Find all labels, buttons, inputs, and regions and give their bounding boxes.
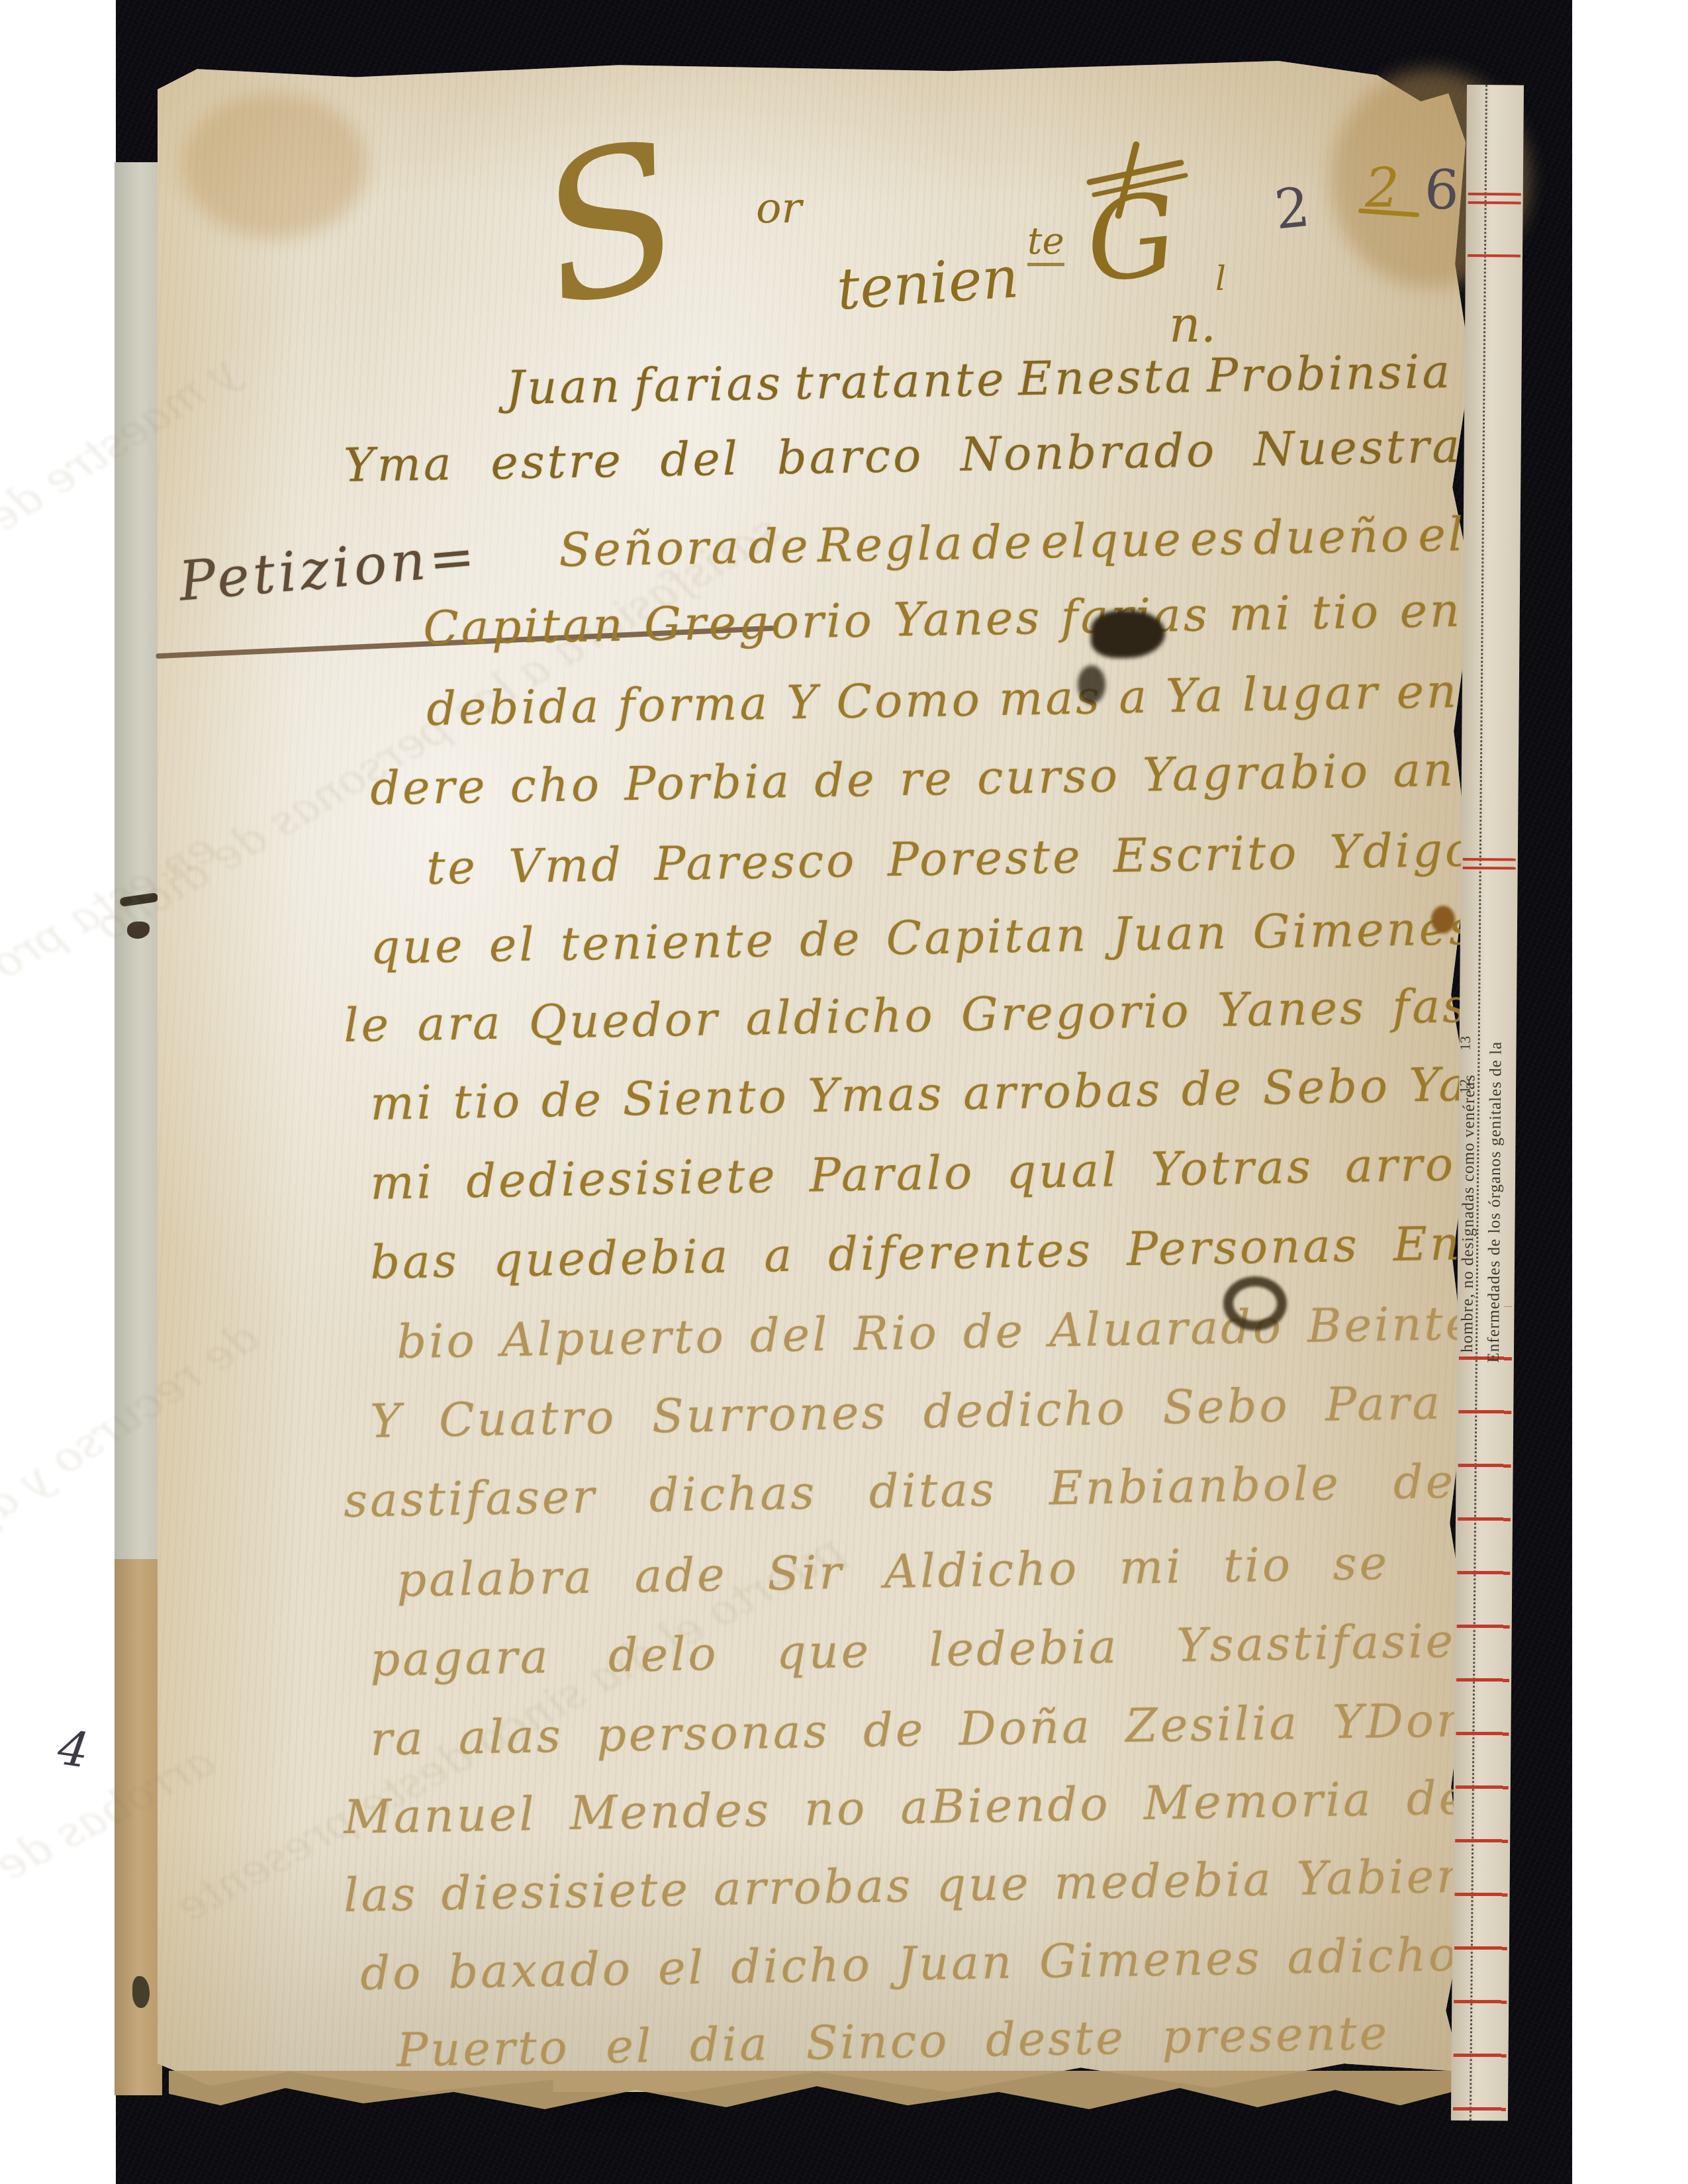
- word: Enesta: [1017, 349, 1196, 406]
- word: En: [1393, 1216, 1463, 1272]
- word: de: [748, 518, 812, 574]
- heading-teniente: tenien: [835, 244, 1021, 323]
- word: bas: [370, 1234, 460, 1290]
- word: Beinte: [1307, 1296, 1476, 1353]
- word: debida: [426, 679, 602, 736]
- word: ade: [634, 1547, 727, 1603]
- word: Yanes: [1217, 980, 1366, 1037]
- word: tio: [453, 1074, 523, 1129]
- folio-number-graphite: 6: [1423, 158, 1461, 223]
- word: aBiendo: [900, 1777, 1111, 1835]
- word: Ysastifasie: [1176, 1613, 1456, 1672]
- word: Alpuerto: [500, 1309, 726, 1367]
- red-rule: [1468, 201, 1521, 205]
- word: Paresco: [654, 833, 857, 891]
- heading-teniente-superscript: te: [1027, 220, 1064, 266]
- word: Ydigo: [1329, 822, 1476, 879]
- folio-number-graphite: 2: [1272, 176, 1313, 242]
- word: ara: [417, 996, 503, 1051]
- word: mi: [1229, 586, 1293, 641]
- word: Vmd: [508, 837, 624, 894]
- word: Quedor: [528, 992, 720, 1049]
- word: el: [1418, 507, 1466, 562]
- word: Yabien: [1296, 1848, 1470, 1906]
- word: presente: [1162, 2006, 1390, 2064]
- word: deste: [985, 2011, 1126, 2067]
- word: Yma: [344, 436, 455, 493]
- word: Porbia: [624, 754, 792, 811]
- word: ditas: [868, 1462, 997, 1519]
- word: quedebia: [492, 1229, 731, 1288]
- ink-blot-ring: [1223, 1276, 1287, 1331]
- word: diferentes: [827, 1223, 1093, 1282]
- word: en: [1399, 583, 1463, 639]
- word: Poreste: [887, 830, 1083, 887]
- word: arrobas: [962, 1063, 1163, 1120]
- printed-spine-text: Enfermedades de los órganos genitales de…: [1485, 767, 1508, 1362]
- ink-blot: [1078, 665, 1105, 704]
- word: Señora: [559, 520, 742, 577]
- printed-page-number: 13: [1457, 1036, 1474, 1051]
- word: de: [1393, 1454, 1456, 1510]
- word: dedicho: [923, 1381, 1127, 1439]
- word: teniente: [560, 913, 776, 971]
- word: es: [1190, 511, 1247, 566]
- word: qual: [1006, 1143, 1119, 1199]
- heading-senor-superscript: or: [756, 184, 802, 233]
- word: dicho: [730, 1938, 872, 1995]
- word: medebia: [1054, 1852, 1274, 1910]
- word: mi: [370, 1075, 435, 1131]
- word: que: [936, 1856, 1032, 1912]
- word: tratante: [794, 352, 1007, 410]
- word: Sinco: [806, 2013, 950, 2070]
- word: Ymas: [808, 1067, 945, 1123]
- word: Y: [786, 675, 821, 730]
- word: adicho: [1287, 1927, 1460, 1985]
- word: Y: [370, 1394, 404, 1448]
- red-rule-series: [1453, 1306, 1513, 2116]
- word: Aldicho: [884, 1541, 1080, 1599]
- edge-pencil-mark: 4: [54, 1719, 92, 1779]
- word: Sebo: [1262, 1059, 1391, 1115]
- word: ra: [370, 1711, 426, 1766]
- word: Sebo: [1162, 1378, 1291, 1435]
- word: mi: [370, 1155, 435, 1210]
- word: Mendes: [569, 1783, 772, 1840]
- word: Gregorio: [961, 984, 1192, 1042]
- word: diesisiete: [441, 1862, 691, 1921]
- word: te: [426, 840, 479, 895]
- word: re: [899, 751, 955, 806]
- word: de: [971, 514, 1035, 570]
- heading-general-body: n.: [1169, 297, 1216, 354]
- word: dere: [370, 759, 489, 816]
- word: del: [660, 432, 741, 487]
- manuscript-photo-page: { "doc": { "heading": { "cross": "+", "i…: [0, 0, 1688, 2184]
- word: fas: [1392, 978, 1470, 1034]
- word: Juan: [1112, 905, 1229, 961]
- word: Nuestra: [1253, 419, 1462, 477]
- word: de: [814, 753, 878, 808]
- word: Manuel: [344, 1787, 538, 1844]
- word: Enbianbole: [1049, 1456, 1341, 1516]
- word: de: [799, 912, 863, 967]
- word: dueño: [1253, 508, 1412, 565]
- word: que: [370, 919, 466, 974]
- word: Escrito: [1113, 826, 1299, 883]
- word: elque: [1041, 512, 1184, 569]
- word: curso: [976, 748, 1120, 805]
- word: a: [764, 1228, 795, 1283]
- word: Capitan: [886, 908, 1089, 965]
- word: estre: [491, 434, 624, 490]
- word: farias: [633, 356, 784, 413]
- word: bio: [397, 1313, 478, 1369]
- word: Juan: [506, 359, 623, 415]
- word: dediesisiete: [465, 1149, 778, 1208]
- word: Gimenes: [1039, 1930, 1262, 1989]
- printed-page-number: 12: [1456, 1079, 1474, 1094]
- word: arro: [1344, 1137, 1456, 1193]
- word: de: [541, 1072, 604, 1128]
- word: a: [1119, 669, 1150, 724]
- word: Probinsia: [1206, 344, 1452, 403]
- amber-stain-dot: [1431, 906, 1455, 933]
- word: Memoria: [1143, 1772, 1374, 1830]
- word: delo: [608, 1627, 719, 1683]
- word: Capitan: [423, 598, 626, 655]
- word: dichas: [649, 1466, 818, 1523]
- word: de: [1181, 1061, 1244, 1117]
- word: Nonbrado: [960, 423, 1217, 482]
- word: cho: [510, 757, 602, 813]
- word: Sir: [767, 1545, 844, 1601]
- word: Siento: [622, 1069, 790, 1126]
- word: de: [863, 1702, 926, 1758]
- word: Para: [1325, 1376, 1442, 1432]
- paper-stain: [182, 93, 367, 238]
- word: Yagrabio: [1142, 744, 1370, 802]
- word: el: [657, 1940, 706, 1995]
- word: no: [804, 1781, 868, 1836]
- word: tio: [1311, 585, 1382, 640]
- red-rule: [1468, 193, 1521, 196]
- word: baxado: [448, 1942, 633, 1999]
- word: Zesilia: [1125, 1696, 1299, 1754]
- word: tio: [1223, 1537, 1293, 1593]
- word: dia: [689, 2017, 770, 2072]
- word: ledebia: [929, 1619, 1119, 1677]
- word: mi: [1119, 1539, 1184, 1595]
- word: lugar: [1242, 665, 1380, 722]
- word: Paralo: [809, 1145, 975, 1202]
- word: pagara: [370, 1629, 551, 1687]
- word: personas: [596, 1704, 830, 1762]
- word: palabra: [397, 1550, 595, 1607]
- word: Cuatro: [438, 1390, 617, 1448]
- word: Rio: [853, 1306, 940, 1361]
- word: Doña: [959, 1699, 1092, 1756]
- word: Yanes: [893, 591, 1043, 647]
- word: Yotras: [1150, 1139, 1314, 1196]
- word: las: [344, 1867, 418, 1923]
- word: barco: [776, 428, 924, 485]
- word: YDon: [1333, 1693, 1470, 1750]
- word: en: [1396, 664, 1460, 720]
- word: an: [1393, 742, 1456, 798]
- word: aldicho: [745, 988, 935, 1045]
- word: Personas: [1126, 1218, 1360, 1276]
- word: Como: [836, 672, 983, 729]
- word: Ya: [1165, 668, 1226, 724]
- heading-general-initial: G: [1080, 169, 1183, 309]
- word: el: [606, 2018, 654, 2073]
- word: Gregorio: [643, 593, 874, 651]
- word: le: [344, 998, 392, 1053]
- word: Juan: [897, 1935, 1014, 1991]
- word: el: [489, 918, 537, 973]
- word: alas: [458, 1709, 563, 1765]
- word: forma: [618, 676, 771, 733]
- word: sastifaser: [344, 1469, 598, 1528]
- heading-general-superscript: l: [1215, 260, 1226, 298]
- word: arrobas: [713, 1858, 914, 1916]
- word: que: [776, 1624, 872, 1680]
- word: de: [962, 1304, 1026, 1359]
- red-rule: [1468, 254, 1521, 258]
- word: se: [1333, 1536, 1390, 1591]
- word: Puerto: [397, 2020, 571, 2077]
- word: Regla: [817, 516, 965, 573]
- word: do: [360, 1945, 424, 2001]
- folio-edge-wormhole: [132, 1976, 150, 2008]
- word: Surrones: [651, 1385, 888, 1443]
- word: del: [749, 1307, 830, 1363]
